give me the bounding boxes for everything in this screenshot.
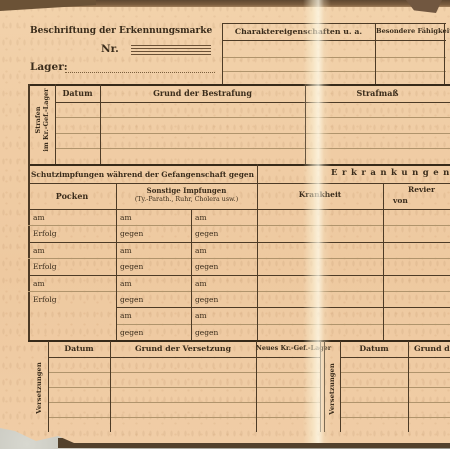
punishments-col-datum: Datum (55, 88, 100, 98)
rule (340, 417, 450, 418)
rule (28, 258, 450, 259)
col-revier: Revier (408, 185, 435, 194)
rule (48, 402, 320, 403)
punishments-col-reason: Grund der Bestrafung (100, 88, 305, 98)
rule (116, 183, 117, 340)
punishments-section-label: Strafen im Kr.-Gef.-Lager (34, 81, 50, 159)
col-pocken: Pocken (28, 191, 116, 201)
rule (116, 307, 450, 308)
rule (28, 291, 450, 292)
vacc-cell: gegen (120, 295, 143, 304)
rule (257, 164, 258, 340)
rule (48, 357, 320, 358)
vacc-cell: am (120, 213, 132, 222)
vacc-cell: Erfolg (33, 262, 57, 271)
rule (28, 84, 30, 341)
rule (340, 341, 341, 432)
rule (222, 23, 223, 84)
vacc-cell: am (195, 279, 207, 288)
transfers-col-reason: Grund der Versetzung (110, 344, 256, 353)
vacc-cell: am (120, 279, 132, 288)
rule (55, 117, 450, 118)
rule (28, 164, 450, 166)
rule (28, 340, 450, 342)
rule (28, 84, 450, 86)
rule (55, 133, 450, 134)
rule (48, 341, 49, 432)
rule (55, 102, 450, 103)
vacc-cell: am (120, 246, 132, 255)
rule (191, 209, 192, 340)
rule (55, 84, 56, 164)
vacc-cell: gegen (120, 328, 143, 337)
transfers-section-label: Versetzungen (35, 358, 43, 418)
vacc-cell: Erfolg (33, 229, 57, 238)
rule (28, 275, 450, 276)
rule (340, 402, 450, 403)
transfers-right-col-datum: Datum (340, 344, 408, 353)
vacc-cell: gegen (120, 262, 143, 271)
rule (340, 357, 450, 358)
col-other-line1: Sonstige Impfungen (116, 186, 257, 195)
col-von: von (393, 196, 408, 205)
rule (28, 242, 450, 243)
vacc-cell: gegen (120, 229, 143, 238)
paper-top-edge-tear (406, 0, 442, 13)
vacc-cell: gegen (195, 328, 218, 337)
vacc-cell: gegen (195, 262, 218, 271)
scanned-pow-card: Beschriftung der Erkennungsmarke Nr. Lag… (0, 0, 450, 449)
lager-label: Lager: (30, 61, 68, 73)
vacc-cell: gegen (195, 229, 218, 238)
col-other-line2: (Ty.-Parath., Ruhr, Cholera usw.) (116, 196, 257, 203)
transfers-right-col-reason: Grund der Versetzung (414, 344, 450, 353)
paper-top-edge-left (0, 0, 96, 11)
nr-label: Nr. (101, 43, 119, 55)
vacc-cell: Erfolg (33, 295, 57, 304)
vacc-cell: am (33, 279, 45, 288)
rule (444, 23, 445, 84)
rule (55, 148, 450, 149)
lager-dotted-field (65, 60, 215, 73)
rule (340, 387, 450, 388)
vacc-cell: am (120, 311, 132, 320)
nr-ruled-field (131, 43, 211, 57)
vacc-cell: am (195, 246, 207, 255)
rule (340, 372, 450, 373)
rule (408, 341, 409, 432)
rule (28, 183, 450, 184)
rule (116, 324, 450, 325)
rule (28, 225, 450, 226)
rule (48, 372, 320, 373)
vacc-cell: am (33, 246, 45, 255)
rule (222, 57, 446, 58)
rule (383, 183, 384, 340)
abilities-label: Besondere Fähigkeiten (376, 27, 443, 35)
vacc-cell: am (195, 311, 207, 320)
rule (100, 84, 101, 164)
rule (110, 341, 111, 432)
vacc-cell: am (195, 213, 207, 222)
rule (222, 23, 446, 24)
rule (375, 23, 376, 84)
rule (48, 387, 320, 388)
fold-crease (303, 0, 331, 449)
transfers-col-datum: Datum (48, 344, 110, 353)
rule (222, 40, 446, 41)
erkennungsmarke-label: Beschriftung der Erkennungsmarke (30, 26, 212, 36)
traits-label: Charaktereigenschaften u. a. (224, 27, 373, 36)
rule (48, 417, 320, 418)
rule (256, 341, 257, 432)
vaccinations-title: Schutzimpfungen während der Gefangenscha… (28, 170, 257, 179)
rule (222, 71, 446, 72)
illnesses-title: Erkrankungen (331, 168, 450, 178)
rule (28, 209, 450, 210)
vacc-cell: gegen (195, 295, 218, 304)
vacc-cell: am (33, 213, 45, 222)
form-paper: Beschriftung der Erkennungsmarke Nr. Lag… (0, 0, 450, 449)
